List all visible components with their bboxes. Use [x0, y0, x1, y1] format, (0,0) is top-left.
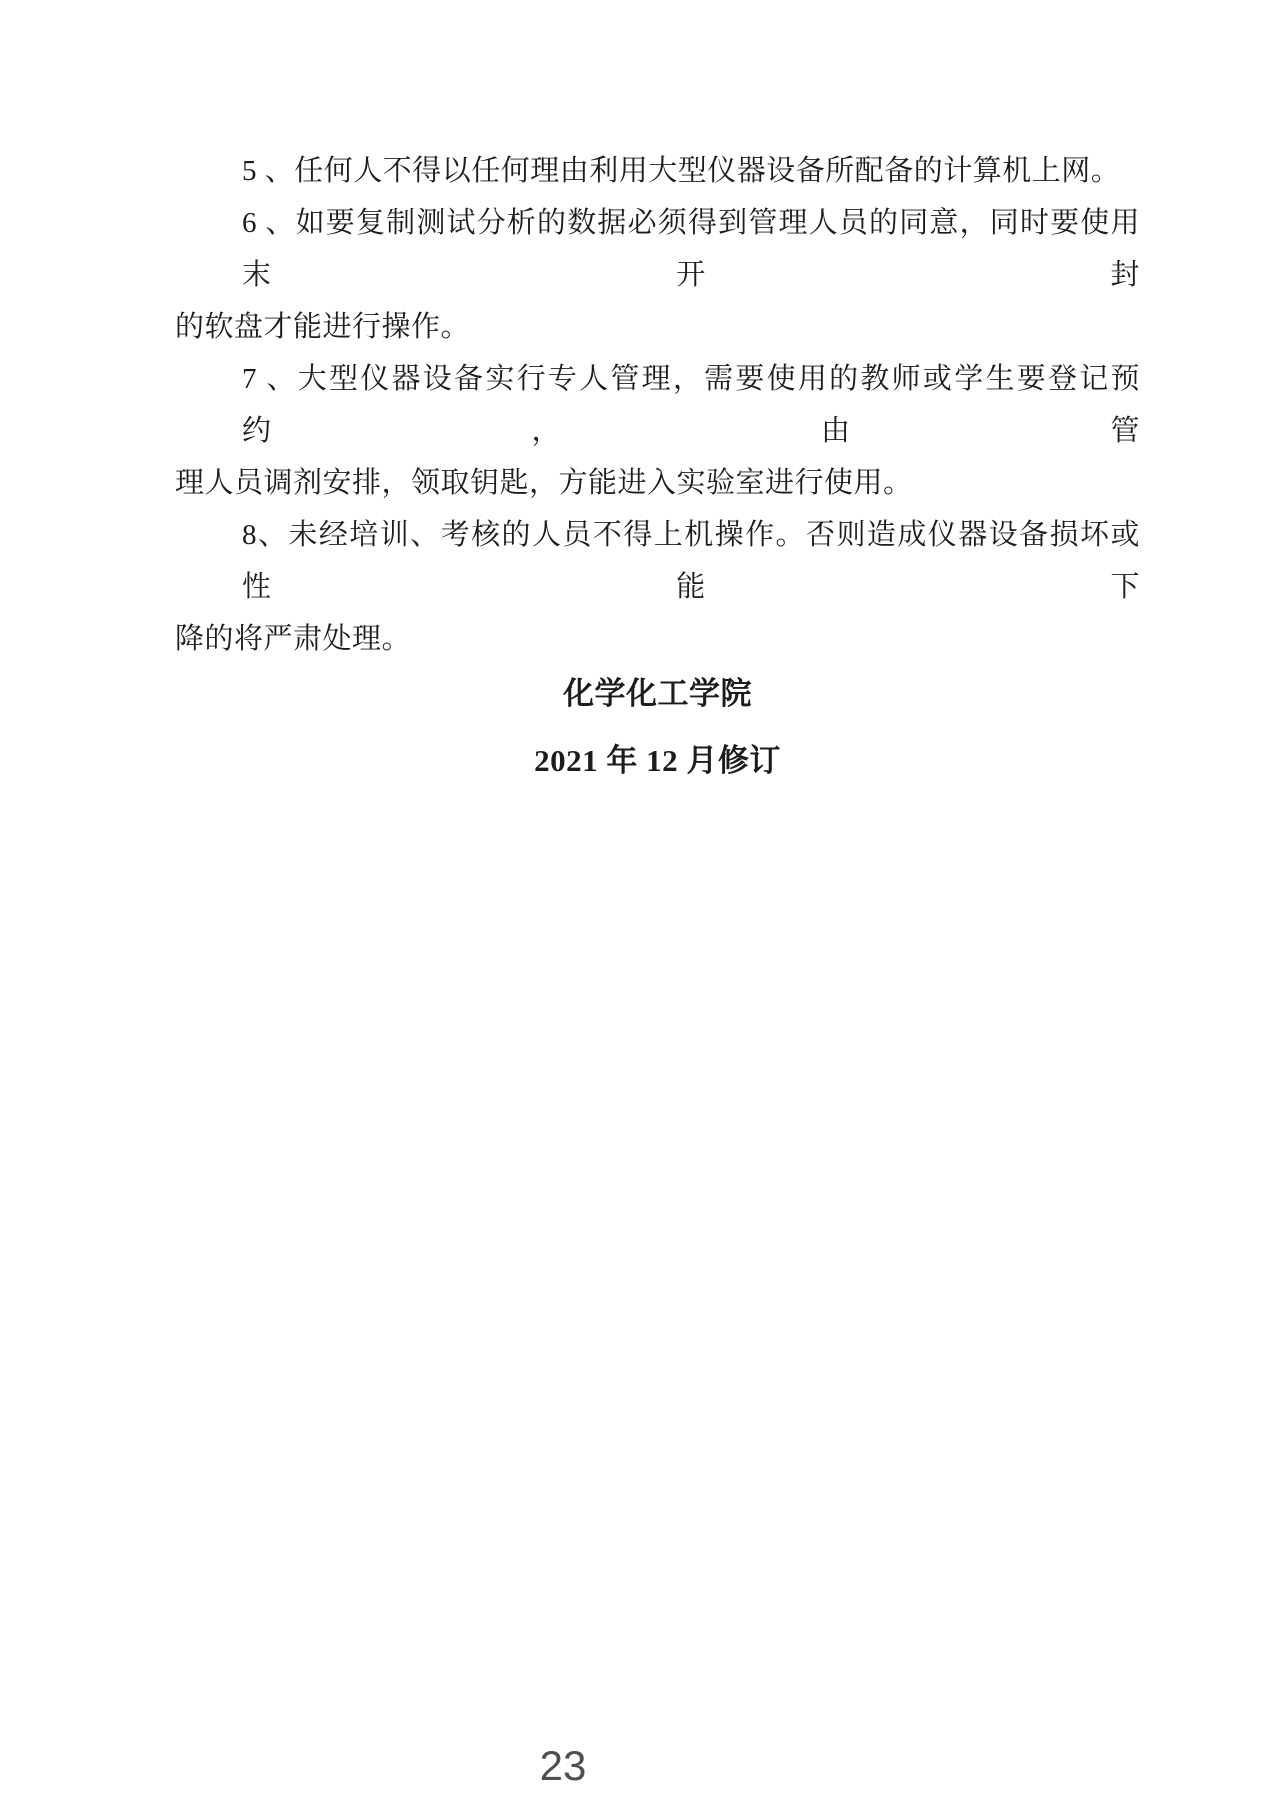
rule-item-7-line-1: 7 、大型仪器设备实行专人管理，需要使用的教师或学生要登记预约，由管: [175, 353, 1140, 457]
rule-item-7-line-2: 理人员调剂安排，领取钥匙，方能进入实验室进行使用。: [175, 457, 1140, 509]
document-body: 5 、任何人不得以任何理由利用大型仪器设备所配备的计算机上网。 6 、如要复制测…: [175, 145, 1140, 787]
rule-item-6-line-1: 6 、如要复制测试分析的数据必须得到管理人员的同意，同时要使用末开封: [175, 197, 1140, 301]
page-number: 23: [540, 1742, 587, 1790]
rule-item-8-line-1: 8、未经培训、考核的人员不得上机操作。否则造成仪器设备损坏或性能下: [175, 509, 1140, 613]
rule-item-5: 5 、任何人不得以任何理由利用大型仪器设备所配备的计算机上网。: [175, 145, 1140, 197]
document-page: 5 、任何人不得以任何理由利用大型仪器设备所配备的计算机上网。 6 、如要复制测…: [0, 0, 1279, 1809]
signature-name: 化学化工学院: [175, 668, 1140, 720]
rule-item-6-line-2: 的软盘才能进行操作。: [175, 301, 1140, 353]
revision-date: 2021 年 12 月修订: [175, 735, 1140, 787]
rule-item-8-line-2: 降的将严肃处理。: [175, 613, 1140, 665]
signature-block: 化学化工学院 2021 年 12 月修订: [175, 668, 1140, 787]
